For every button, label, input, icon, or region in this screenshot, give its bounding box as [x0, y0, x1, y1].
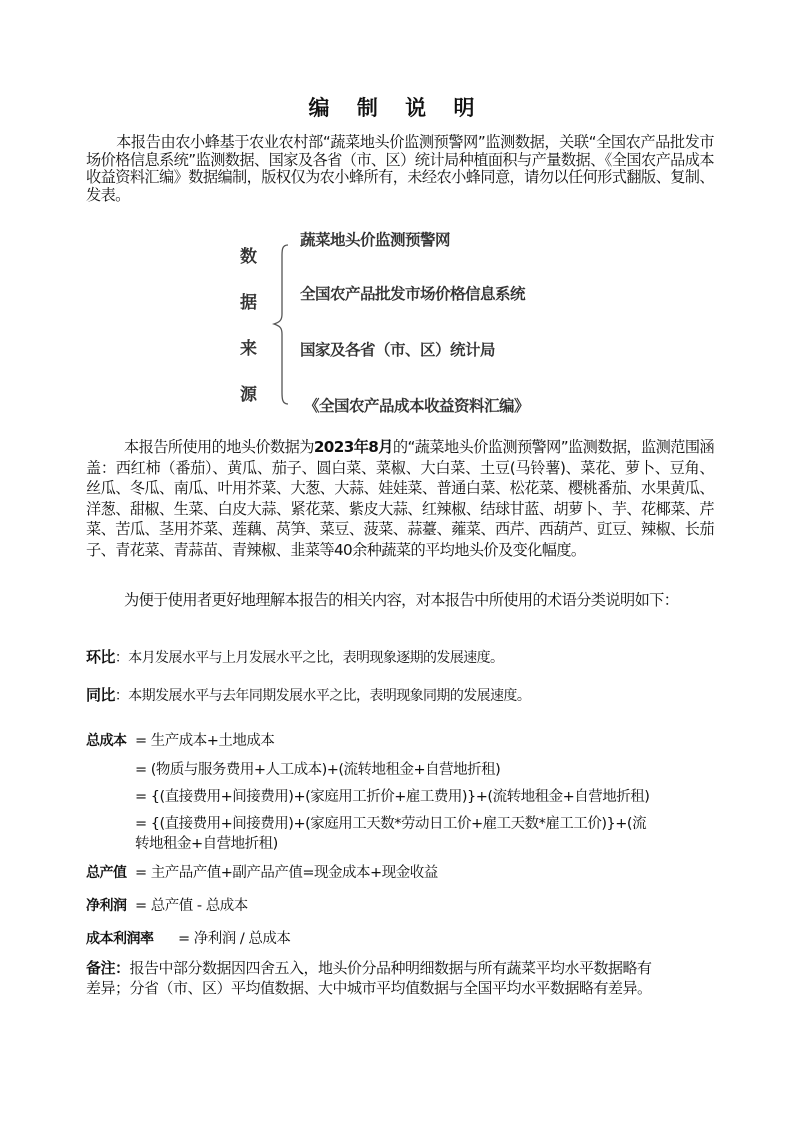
note-line: 差异；分省（市、区）平均值数据、大中城市平均值数据与全国平均水平数据略有差异。	[86, 977, 652, 998]
formula-label: 总成本	[86, 730, 127, 750]
term-label: 环比	[86, 648, 115, 666]
term-text: 本月发展水平与上月发展水平之比，表明现象逐期的发展速度。	[128, 650, 503, 666]
formula-expr: = 主产品产值+副产品产值=现金成本+现金收益	[135, 861, 438, 882]
term-text: 本期发展水平与去年同期发展水平之比，表明现象同期的发展速度。	[128, 688, 530, 704]
source-item: 国家及各省（市、区）统计局	[300, 338, 495, 360]
term-yoy: 同比：本期发展水平与去年同期发展水平之比，表明现象同期的发展速度。	[86, 684, 530, 705]
scope-prefix: 本报告所使用的地头价数据为	[124, 438, 314, 456]
intro-text: 本报告由农小蜂基于农业农村部“蔬菜地头价监测预警网”监测数据，关联“全国农产品批…	[86, 133, 714, 204]
source-label-char: 据	[240, 288, 257, 313]
formula-label: 净利润	[86, 895, 127, 915]
scope-suffix: 的“蔬菜地头价监测预警网”监测数据，监测范围涵盖：西红柿（番茄）、黄瓜、茄子、圆…	[86, 438, 714, 559]
source-label-char: 数	[240, 242, 257, 267]
formula-line: = {(直接费用+间接费用)+(家庭用工折价+雇工费用)}+(流转地租金+自营地…	[135, 785, 649, 806]
formula-expr: = 净利润 / 总成本	[178, 927, 290, 948]
formula-line: 转地租金+自营地折租)	[135, 832, 278, 853]
formula-label: 总产值	[86, 862, 127, 882]
source-label-char: 源	[240, 380, 257, 405]
formula-line: = 生产成本+土地成本	[135, 729, 274, 750]
source-item: 蔬菜地头价监测预警网	[300, 228, 450, 250]
data-sources-diagram: 数 据 来 源 蔬菜地头价监测预警网 全国农产品批发市场价格信息系统 国家及各省…	[232, 222, 572, 422]
scope-paragraph: 本报告所使用的地头价数据为2023年8月的“蔬菜地头价监测预警网”监测数据，监测…	[86, 437, 714, 560]
source-item: 《全国农产品成本收益资料汇编》	[304, 394, 529, 416]
terms-intro: 为便于使用者更好地理解本报告的相关内容，对本报告中所使用的术语分类说明如下：	[86, 590, 714, 612]
formula-line: = (物质与服务费用+人工成本)+(流转地租金+自营地折租)	[135, 758, 500, 779]
formula-line: = {(直接费用+间接费用)+(家庭用工天数*劳动日工价+雇工天数*雇工工价)}…	[135, 812, 646, 833]
source-item: 全国农产品批发市场价格信息系统	[300, 282, 525, 304]
brace-icon	[272, 242, 292, 407]
source-label-char: 来	[240, 334, 257, 359]
page-title: 编 制 说 明	[0, 92, 793, 122]
term-mom: 环比：本月发展水平与上月发展水平之比，表明现象逐期的发展速度。	[86, 646, 503, 667]
scope-period: 2023年8月	[314, 438, 393, 456]
formula-label: 成本利润率	[86, 928, 154, 948]
intro-paragraph: 本报告由农小蜂基于农业农村部“蔬菜地头价监测预警网”监测数据，关联“全国农产品批…	[86, 134, 714, 204]
note-label: 备注：	[86, 959, 130, 977]
formula-expr: = 总产值 - 总成本	[135, 894, 248, 915]
term-label: 同比	[86, 686, 115, 704]
